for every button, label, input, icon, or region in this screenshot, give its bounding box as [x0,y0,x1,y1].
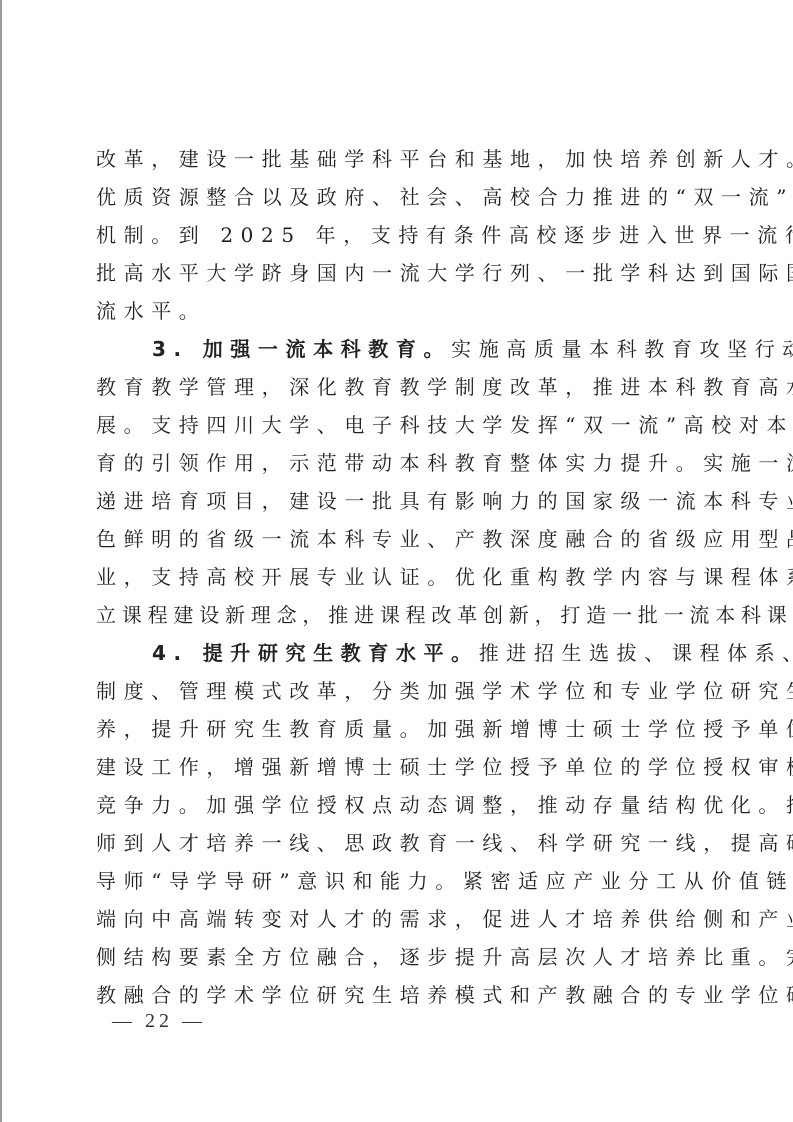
text-line: 师到人才培养一线、思政教育一线、科学研究一线，提高研究生 [96,824,682,862]
text-span: 推进招生选拔、课程体系、评价 [479,641,793,665]
text-line: 侧结构要素全方位融合，逐步提升高层次人才培养比重。完善科 [96,938,682,976]
text-line: 养，提升研究生教育质量。加强新增博士硕士学位授予单位立项 [96,710,682,748]
text-line: 教育教学管理，深化教育教学制度改革，推进本科教育高水平发 [96,368,682,406]
item-number: 4. [152,641,189,665]
item-number: 3. [152,337,189,361]
scan-edge [0,0,2,1122]
text-line: 制度、管理模式改革，分类加强学术学位和专业学位研究生培 [96,672,682,710]
text-line: 流水平。 [96,292,682,330]
text-line: 端向中高端转变对人才的需求，促进人才培养供给侧和产业需求 [96,900,682,938]
section-heading: 加强一流本科教育。 [203,337,451,361]
page-number: — 22 — [112,1010,206,1033]
paragraph-graduate-education: 4. 提升研究生教育水平。推进招生选拔、课程体系、评价 制度、管理模式改革，分类… [96,634,682,1014]
text-line: 导师“导学导研”意识和能力。紧密适应产业分工从价值链中低 [96,862,682,900]
text-line: 育的引领作用，示范带动本科教育整体实力提升。实施一流专业 [96,444,682,482]
text-line: 教融合的学术学位研究生培养模式和产教融合的专业学位研究生 [96,976,682,1014]
text-line: 建设工作，增强新增博士硕士学位授予单位的学位授权审核全国 [96,748,682,786]
text-line: 递进培育项目，建设一批具有影响力的国家级一流本科专业、特 [96,482,682,520]
text-line: 立课程建设新理念，推进课程改革创新，打造一批一流本科课程。 [96,596,682,634]
paragraph-continuation: 改革，建设一批基础学科平台和基地，加快培养创新人才。健全 优质资源整合以及政府、… [96,140,682,330]
text-line: 4. 提升研究生教育水平。推进招生选拔、课程体系、评价 [96,634,682,672]
text-line: 业，支持高校开展专业认证。优化重构教学内容与课程体系，树 [96,558,682,596]
text-line: 改革，建设一批基础学科平台和基地，加快培养创新人才。健全 [96,140,682,178]
text-line: 机制。到 2025 年，支持有条件高校逐步进入世界一流行列、一 [96,216,682,254]
text-line: 优质资源整合以及政府、社会、高校合力推进的“双一流”建设 [96,178,682,216]
text-span: 实施高质量本科教育攻坚行动，严格 [451,337,793,361]
document-body: 改革，建设一批基础学科平台和基地，加快培养创新人才。健全 优质资源整合以及政府、… [96,140,682,1014]
text-line: 3. 加强一流本科教育。实施高质量本科教育攻坚行动，严格 [96,330,682,368]
paragraph-undergraduate-education: 3. 加强一流本科教育。实施高质量本科教育攻坚行动，严格 教育教学管理，深化教育… [96,330,682,634]
section-heading: 提升研究生教育水平。 [203,641,479,665]
text-line: 展。支持四川大学、电子科技大学发挥“双一流”高校对本科教 [96,406,682,444]
text-line: 色鲜明的省级一流本科专业、产教深度融合的省级应用型品牌专 [96,520,682,558]
text-line: 批高水平大学跻身国内一流大学行列、一批学科达到国际国内一 [96,254,682,292]
text-line: 竞争力。加强学位授权点动态调整，推动存量结构优化。推动导 [96,786,682,824]
